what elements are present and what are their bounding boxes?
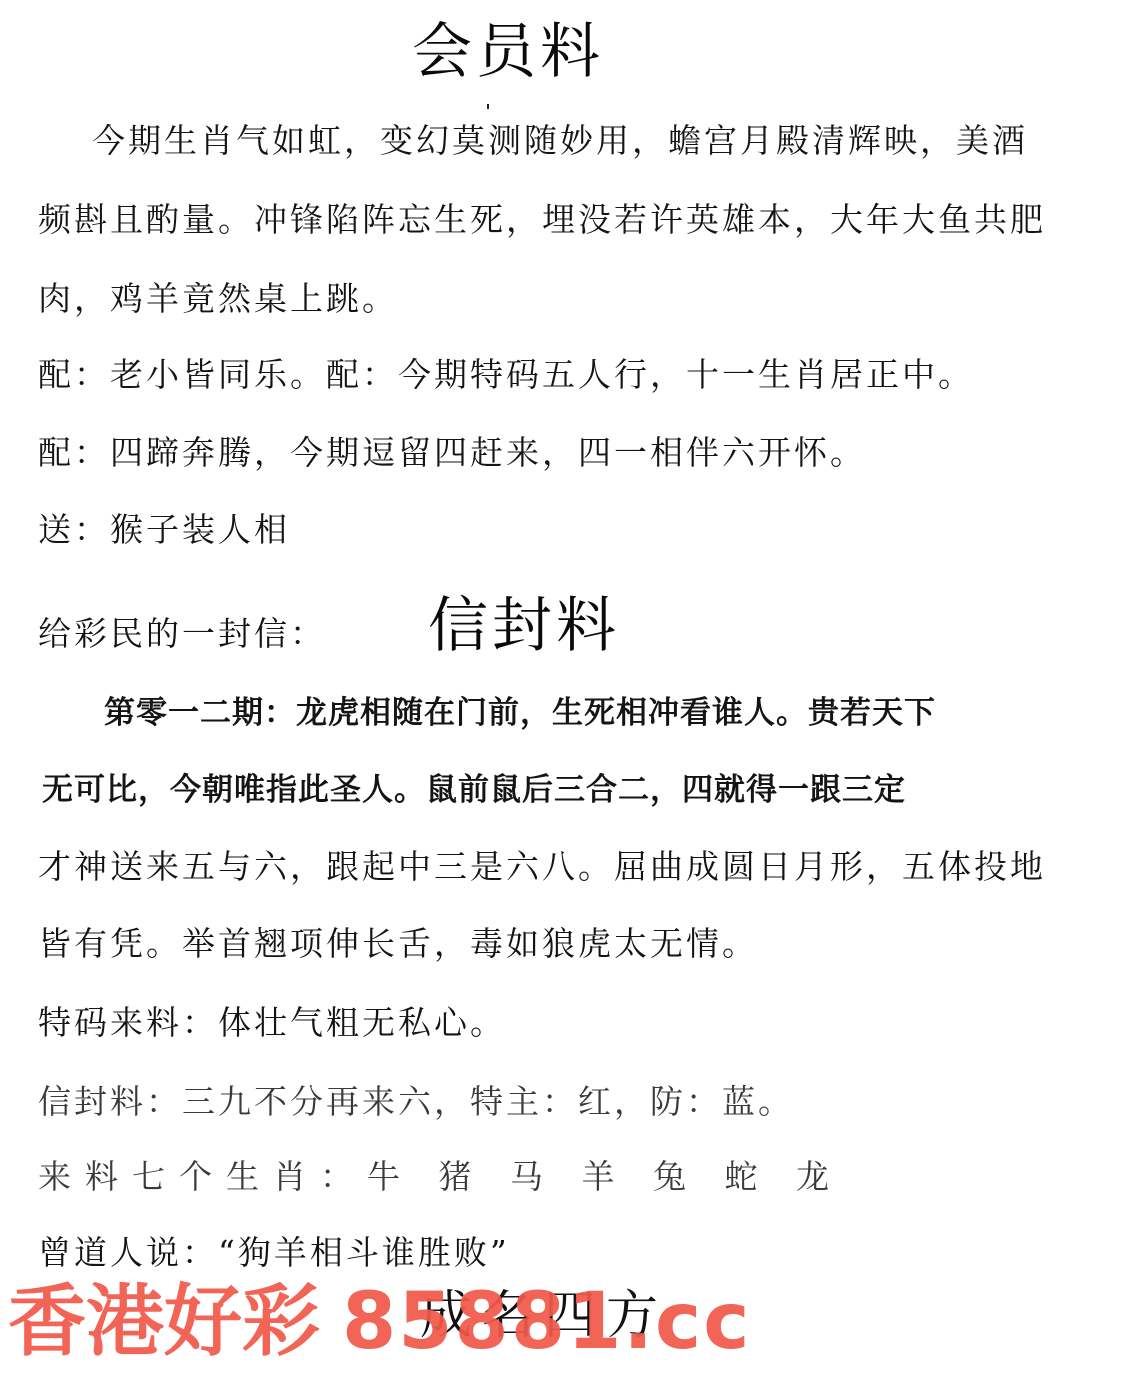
taoist-quote-line: 曾道人说：“狗羊相斗谁胜败”: [38, 1236, 510, 1269]
song-line: 送：猴子装人相: [38, 513, 290, 546]
member-section-title: 会员料: [412, 22, 604, 82]
poem-line-1: 今期生肖气如虹，变幻莫测随妙用，蟾宫月殿清辉映，美酒: [92, 124, 1028, 157]
watermark-brand: 香港好彩: [8, 1277, 320, 1367]
watermark: 香港好彩85881.cc: [8, 1283, 751, 1361]
watermark-domain: 85881.cc: [342, 1277, 751, 1367]
pei-line-1: 配：老小皆同乐。配：今期特码五人行，十一生肖居正中。: [38, 358, 974, 391]
issue-line-2: 无可比，今朝唯指此圣人。鼠前鼠后三合二，四就得一跟三定: [42, 775, 906, 806]
pei-line-2: 配：四蹄奔腾，今期逗留四赶来，四一相伴六开怀。: [38, 436, 866, 469]
poem-line-2: 频斟且酌量。冲锋陷阵忘生死，埋没若许英雄本，大年大鱼共肥: [38, 203, 1046, 236]
envelope-section-title: 信封料: [428, 596, 620, 656]
letter-label: 给彩民的一封信：: [38, 617, 326, 650]
verse-line-4: 皆有凭。举首翘项伸长舌，毒如狼虎太无情。: [38, 927, 758, 960]
poem-line-3: 肉，鸡羊竟然桌上跳。: [38, 282, 398, 315]
scan-speck: [487, 104, 489, 109]
document-page: 会员料 今期生肖气如虹，变幻莫测随妙用，蟾宫月殿清辉映，美酒 频斟且酌量。冲锋陷…: [0, 0, 1147, 1388]
envelope-line: 信封料：三九不分再来六，特主：红，防：蓝。: [38, 1085, 794, 1118]
issue-line-1: 第零一二期：龙虎相随在门前，生死相冲看谁人。贵若天下: [104, 698, 936, 729]
verse-line-3: 才神送来五与六，跟起中三是六八。屈曲成圆日月形，五体投地: [38, 850, 1046, 883]
seven-zodiac-line: 来料七个生肖：牛 猪 马 羊 兔 蛇 龙: [38, 1160, 843, 1193]
special-code-line: 特码来料：体壮气粗无私心。: [38, 1006, 506, 1039]
